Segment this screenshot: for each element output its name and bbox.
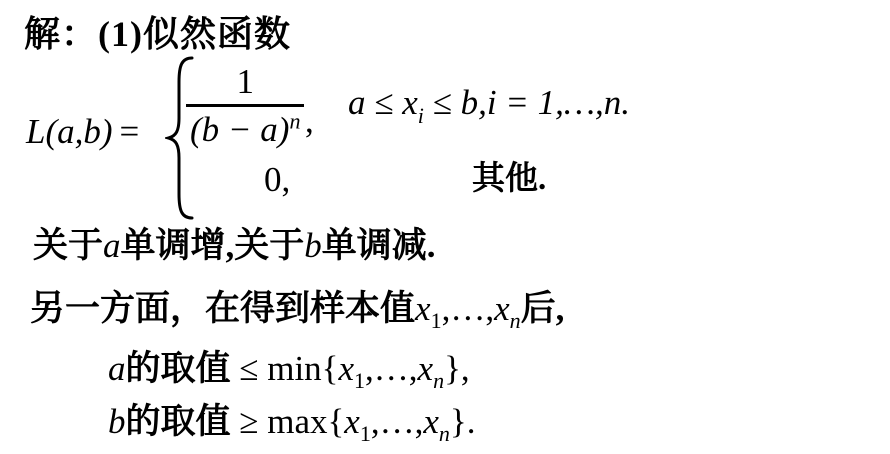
- subscript-1: 1: [431, 308, 442, 333]
- fraction-numerator: 1: [226, 60, 264, 104]
- fraction-denominator: (b − a)n: [186, 104, 304, 153]
- text-segment: 关于: [33, 226, 103, 265]
- slide-page: 解：(1)似然函数 L(a,b)= 1 (b − a)n , a ≤ xi ≤ …: [0, 0, 890, 454]
- leq-sign: ≤: [231, 349, 268, 388]
- condition-subscript: i: [418, 103, 424, 128]
- case-top-condition: a ≤ xi ≤ b,i = 1,…,n.: [348, 82, 630, 124]
- var-x1: x: [344, 402, 360, 441]
- ellipsis: ,…,: [371, 402, 424, 441]
- text-segment: 后,: [521, 289, 565, 328]
- case-bottom-condition: 其他.: [472, 159, 546, 199]
- function-symbol: L(a,b): [26, 112, 113, 151]
- var-b: b: [304, 226, 322, 265]
- denominator-exponent: n: [289, 108, 300, 133]
- subscript-n: n: [439, 421, 450, 446]
- var-xn: x: [423, 402, 439, 441]
- fraction-comma: ,: [305, 101, 314, 141]
- subscript-1: 1: [360, 421, 371, 446]
- var-xn: x: [418, 349, 434, 388]
- text-segment: 的取值: [126, 402, 231, 441]
- ellipsis: ,…,: [365, 349, 418, 388]
- closing-brace: }.: [450, 402, 476, 441]
- var-a: a: [108, 349, 126, 388]
- subscript-n: n: [433, 368, 444, 393]
- text-segment: 的取值: [126, 349, 231, 388]
- var-a: a: [103, 226, 121, 265]
- monotonicity-statement: 关于a单调增,关于b单调减.: [33, 224, 436, 268]
- sample-values-statement: 另一方面，在得到样本值x1,…,xn后,: [30, 287, 564, 331]
- equals-sign: =: [113, 112, 140, 151]
- var-b: b: [108, 402, 126, 441]
- fraction: 1 (b − a)n: [186, 60, 304, 153]
- subscript-n: n: [510, 308, 521, 333]
- var-xn: x: [494, 289, 510, 328]
- denominator-base: (b − a): [190, 110, 289, 149]
- text-segment: 单调减.: [322, 226, 436, 265]
- b-range-statement: b的取值 ≥ max{x1,…,xn}.: [108, 400, 475, 444]
- condition-pre: a ≤ x: [348, 83, 418, 122]
- a-range-statement: a的取值 ≤ min{x1,…,xn},: [108, 347, 470, 391]
- geq-sign: ≥: [231, 402, 268, 441]
- condition-post: ≤ b,i = 1,…,n.: [424, 83, 630, 122]
- subscript-1: 1: [354, 368, 365, 393]
- solution-title: 解：(1)似然函数: [24, 6, 291, 57]
- text-segment: 单调增,关于: [121, 226, 305, 265]
- var-x1: x: [338, 349, 354, 388]
- var-x1: x: [415, 289, 431, 328]
- case-bottom-value: 0,: [264, 160, 290, 200]
- text-segment: 另一方面，在得到样本值: [30, 289, 415, 328]
- min-function: min{: [267, 349, 338, 388]
- max-function: max{: [267, 402, 344, 441]
- ellipsis: ,…,: [442, 289, 495, 328]
- equation-lhs: L(a,b)=: [26, 112, 139, 152]
- closing-brace: },: [444, 349, 470, 388]
